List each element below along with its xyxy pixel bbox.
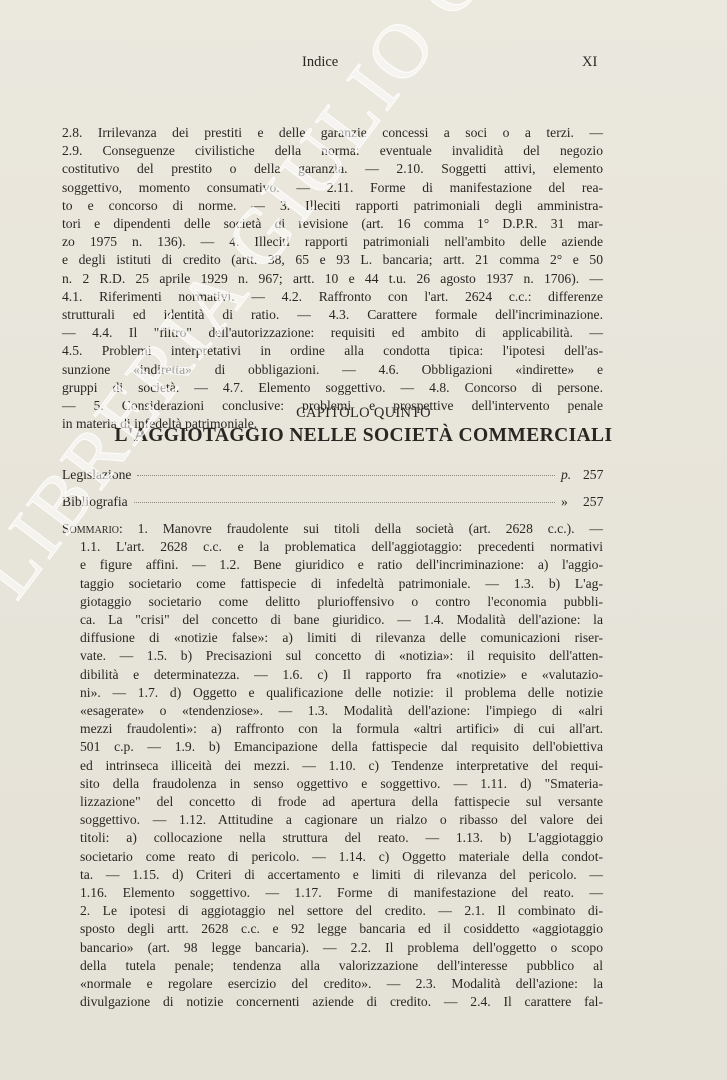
summary-line: 2. Le ipotesi di aggiotaggio nel settore… [80,902,603,920]
toc-entry-page: 257 [583,494,603,510]
page-number: XI [582,54,597,71]
running-head: Indice XI [0,54,727,74]
summary-line: tori e dipendenti delle società di revis… [62,215,603,233]
book-page: Indice XI 2.8. Irrilevanza dei prestiti … [0,0,727,1080]
summary-line: mezzi fraudolenti»: a) raffronto con la … [80,720,603,738]
chapter-summary: Sommario: 1. Manovre fraudolente sui tit… [62,520,603,1011]
summary-line: dibilità e determinatezza. — 1.6. c) Il … [80,666,603,684]
summary-line: «esagerate» o «tendenziose». — 1.3. Moda… [80,702,603,720]
toc-entry-prefix: » [561,494,583,510]
summary-line: n. 2 R.D. 25 aprile 1929 n. 967; artt. 1… [62,270,603,288]
summary-line: 4.1. Riferimenti normativi. — 4.2. Raffr… [62,288,603,306]
summary-line: soggettivo, momento consumativo. — 2.11.… [62,179,603,197]
summary-line: 2.9. Conseguenze civilistiche della norm… [62,142,603,160]
summary-line: lizzazione" del concetto di frode ad ape… [80,793,603,811]
dot-leader [134,502,555,503]
summary-line: 1.1. L'art. 2628 c.c. e la problematica … [80,538,603,556]
summary-line: taggio societario come fattispecie di in… [80,575,603,593]
summary-line: ca. La "crisi" del concetto di bane giur… [80,611,603,629]
summary-line: costitutivo del prestito o della garanzi… [62,160,603,178]
toc-entry-bibliografia: Bibliografia » 257 [62,494,603,512]
summary-line: societario come reato di pericolo. — 1.1… [80,848,603,866]
summary-line: ni». — 1.7. d) Oggetto e qualificazione … [80,684,603,702]
summary-line: bancario» (art. 98 legge bancaria). — 2.… [80,939,603,957]
summary-line: della tutela penale; tendenza alla valor… [80,957,603,975]
summary-first-line: Sommario: 1. Manovre fraudolente sui tit… [62,520,603,538]
toc-entry-prefix: p. [561,467,583,483]
summary-line: gruppi di società. — 4.7. Elemento sogge… [62,379,603,397]
summary-line: zo 1975 n. 136). — 4. Illeciti rapporti … [62,233,603,251]
summary-line: e degli istituti di credito (artt. 38, 6… [62,251,603,269]
summary-line: giotaggio societario come delitto plurio… [80,593,603,611]
summary-line: 1.16. Elemento soggettivo. — 1.17. Forme… [80,884,603,902]
toc-entry-label: Legislazione [62,467,131,483]
summary-line: 4.5. Problemi interpretativi in ordine a… [62,342,603,360]
summary-line: diffusione di «notizie false»: a) limiti… [80,629,603,647]
dot-leader [137,475,555,476]
summary-line: strutturali ed identità di ratio. — 4.3.… [62,306,603,324]
toc-entry-legislazione: Legislazione p. 257 [62,467,603,485]
summary-line: titoli: a) collocazione nella struttura … [80,829,603,847]
summary-line: ed intrinseca illiceità dei mezzi. — 1.1… [80,757,603,775]
summary-line: ta. — 1.15. d) Criteri di accertamento e… [80,866,603,884]
running-head-title: Indice [302,54,338,71]
toc-entry-label: Bibliografia [62,494,128,510]
summary-line: to e concorso di norme. — 3. Illeciti ra… [62,197,603,215]
summary-line: sito della fraudolenza in senso oggettiv… [80,775,603,793]
chapter-title: L'AGGIOTAGGIO NELLE SOCIETÀ COMMERCIALI [0,425,727,447]
summary-line: soggettivo. — 1.12. Attitudine a cagiona… [80,811,603,829]
chapter-label: CAPITOLO QUINTO [0,405,727,422]
summary-line: divulgazione di notizie concernenti azie… [80,993,603,1011]
summary-line: 1. Manovre fraudolente sui titoli della … [123,521,603,536]
summary-line: e figure affini. — 1.2. Bene giuridico e… [80,556,603,574]
toc-entry-page: 257 [583,467,603,483]
summary-line: 2.8. Irrilevanza dei prestiti e delle ga… [62,124,603,142]
summary-line: «normale e regolare esercizio del credit… [80,975,603,993]
summary-line: sposto degli artt. 2628 c.c. e 92 legge … [80,920,603,938]
summary-heading: Sommario: [62,521,123,536]
summary-body: 1.1. L'art. 2628 c.c. e la problematica … [62,538,603,1011]
previous-chapter-summary: 2.8. Irrilevanza dei prestiti e delle ga… [62,124,603,433]
summary-line: sunzione «indiretta» di obbligazioni. — … [62,361,603,379]
summary-line: vate. — 1.5. b) Precisazioni sul concett… [80,647,603,665]
summary-line: — 4.4. Il "filtro" dell'autorizzazione: … [62,324,603,342]
summary-line: 501 c.p. — 1.9. b) Emancipazione della f… [80,738,603,756]
